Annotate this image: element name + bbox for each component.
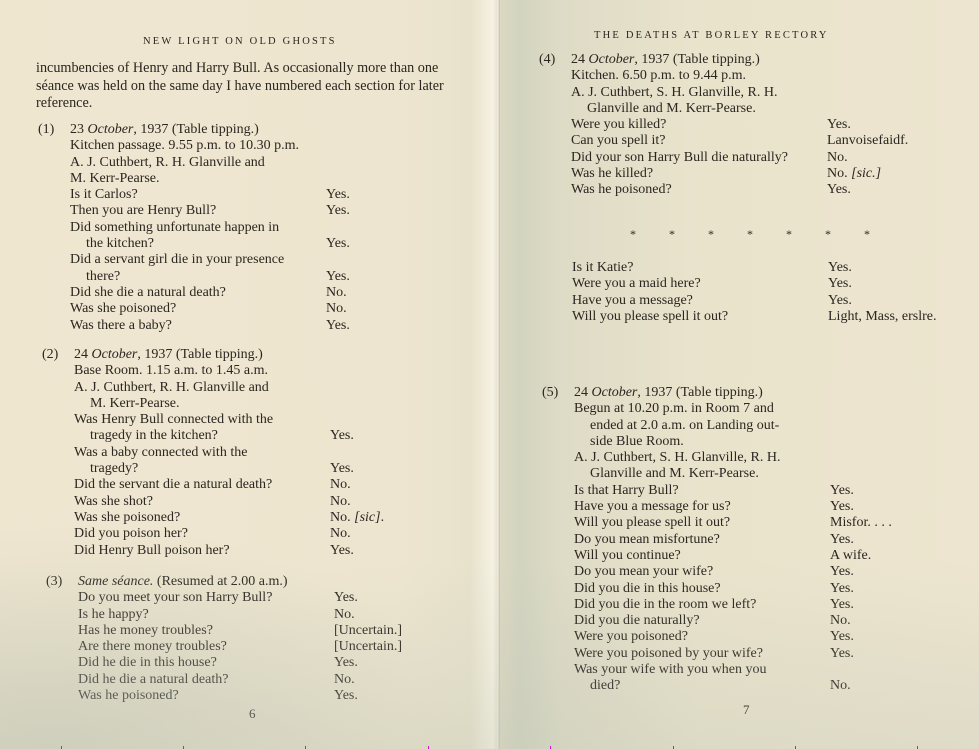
qa-row: Did he die in this house?Yes.	[78, 655, 468, 671]
seance-section-1: (1) 23 October, 1937 (Table tipping.) Ki…	[70, 122, 460, 334]
section-heading: (5) 24 October, 1937 (Table tipping.)	[574, 385, 964, 401]
sitters-cont: M. Kerr-Pearse.	[74, 396, 464, 412]
section-heading: (1) 23 October, 1937 (Table tipping.)	[70, 122, 460, 138]
qa-row: Was your wife with you when youdied?No.	[574, 662, 964, 695]
qa-row: Have you a message?Yes.	[572, 293, 962, 309]
sitters-cont: Glanville and M. Kerr-Pearse.	[571, 101, 961, 117]
qa-row: Has he money troubles?[Uncertain.]	[78, 623, 468, 639]
intro-paragraph: incumbencies of Henry and Harry Bull. As…	[36, 60, 456, 113]
qa-row: Was Henry Bull connected with thetragedy…	[74, 412, 464, 445]
session-location: Base Room. 1.15 a.m. to 1.45 a.m.	[74, 363, 464, 379]
katie-qa-block: Is it Katie?Yes. Were you a maid here?Ye…	[572, 260, 962, 325]
qa-row: Do you mean your wife?Yes.	[574, 564, 964, 580]
qa-row: Is it Carlos?Yes.	[70, 187, 460, 203]
qa-row: Then you are Henry Bull?Yes.	[70, 203, 460, 219]
seance-section-2: (2) 24 October, 1937 (Table tipping.) Ba…	[74, 347, 464, 559]
qa-row: Did Henry Bull poison her?Yes.	[74, 543, 464, 559]
running-head-right: THE DEATHS AT BORLEY RECTORY	[594, 30, 829, 41]
page-number-left: 6	[249, 706, 256, 722]
sitters-cont: Glanville and M. Kerr-Pearse.	[574, 466, 964, 482]
session-location-cont: ended at 2.0 a.m. on Landing out-	[574, 418, 964, 434]
qa-row: Were you poisoned?Yes.	[574, 629, 964, 645]
sitters: A. J. Cuthbert, R. H. Glanville and	[70, 155, 460, 171]
qa-row: Were you killed?Yes.	[571, 117, 961, 133]
section-heading: (2) 24 October, 1937 (Table tipping.)	[74, 347, 464, 363]
qa-row: Was there a baby?Yes.	[70, 318, 460, 334]
page-number-right: 7	[743, 702, 750, 718]
qa-row: Was she poisoned?No. [sic].	[74, 510, 464, 526]
qa-row: Did the servant die a natural death?No.	[74, 477, 464, 493]
qa-row: Was he killed?No. [sic.]	[571, 166, 961, 182]
sic-note: [sic.]	[851, 166, 881, 181]
qa-row: Will you continue?A wife.	[574, 548, 964, 564]
section-heading: (4) 24 October, 1937 (Table tipping.)	[571, 52, 961, 68]
qa-row: Did your son Harry Bull die naturally?No…	[571, 150, 961, 166]
qa-row: Do you meet your son Harry Bull?Yes.	[78, 590, 468, 606]
qa-row: Did you die in the room we left?Yes.	[574, 597, 964, 613]
section-number: (4)	[539, 52, 555, 68]
session-location-cont: side Blue Room.	[574, 434, 964, 450]
session-location: Kitchen. 6.50 p.m. to 9.44 p.m.	[571, 68, 961, 84]
right-page: THE DEATHS AT BORLEY RECTORY (4) 24 Octo…	[500, 0, 979, 749]
qa-row: Were you poisoned by your wife?Yes.	[574, 646, 964, 662]
seance-section-5: (5) 24 October, 1937 (Table tipping.) Be…	[574, 385, 964, 695]
qa-row: Was she shot?No.	[74, 494, 464, 510]
qa-row: Were you a maid here?Yes.	[572, 276, 962, 292]
qa-row: Did you poison her?No.	[74, 526, 464, 542]
seance-section-4: (4) 24 October, 1937 (Table tipping.) Ki…	[571, 52, 961, 199]
session-location: Begun at 10.20 p.m. in Room 7 and	[574, 401, 964, 417]
qa-row: Was he poisoned?Yes.	[78, 688, 468, 704]
qa-row: Did he die a natural death?No.	[78, 672, 468, 688]
qa-row: Was she poisoned?No.	[70, 301, 460, 317]
qa-row: Was a baby connected with thetragedy?Yes…	[74, 445, 464, 478]
qa-row: Did she die a natural death?No.	[70, 285, 460, 301]
section-heading: (3) Same séance. (Resumed at 2.00 a.m.)	[78, 574, 468, 590]
qa-row: Is it Katie?Yes.	[572, 260, 962, 276]
section-number: (3)	[46, 574, 62, 590]
qa-row: Have you a message for us?Yes.	[574, 499, 964, 515]
seance-section-3: (3) Same séance. (Resumed at 2.00 a.m.) …	[78, 574, 468, 704]
book-spread: NEW LIGHT ON OLD GHOSTS incumbencies of …	[0, 0, 979, 749]
left-page: NEW LIGHT ON OLD GHOSTS incumbencies of …	[0, 0, 495, 749]
sitters: A. J. Cuthbert, R. H. Glanville and	[74, 380, 464, 396]
sitters-cont: M. Kerr-Pearse.	[70, 171, 460, 187]
qa-row: Will you please spell it out?Misfor. . .…	[574, 515, 964, 531]
sitters: A. J. Cuthbert, S. H. Glanville, R. H.	[571, 85, 961, 101]
sic-note: [sic]	[354, 510, 380, 525]
section-number: (1)	[38, 122, 54, 138]
qa-row: Did something unfortunate happen inthe k…	[70, 220, 460, 253]
running-head-left: NEW LIGHT ON OLD GHOSTS	[143, 36, 337, 47]
session-location: Kitchen passage. 9.55 p.m. to 10.30 p.m.	[70, 138, 460, 154]
qa-row: Will you please spell it out?Light, Mass…	[572, 309, 962, 325]
qa-row: Is he happy?No.	[78, 607, 468, 623]
qa-row: Is that Harry Bull?Yes.	[574, 483, 964, 499]
qa-row: Did a servant girl die in your presencet…	[70, 252, 460, 285]
qa-row: Are there money troubles?[Uncertain.]	[78, 639, 468, 655]
qa-row: Can you spell it?Lanvoisefaidf.	[571, 133, 961, 149]
section-number: (2)	[42, 347, 58, 363]
qa-row: Did you die in this house?Yes.	[574, 581, 964, 597]
section-number: (5)	[542, 385, 558, 401]
qa-row: Do you mean misfortune?Yes.	[574, 532, 964, 548]
qa-row: Was he poisoned?Yes.	[571, 182, 961, 198]
qa-row: Did you die naturally?No.	[574, 613, 964, 629]
sitters: A. J. Cuthbert, S. H. Glanville, R. H.	[574, 450, 964, 466]
section-separator-asterisks: * * * * * * *	[630, 227, 870, 242]
